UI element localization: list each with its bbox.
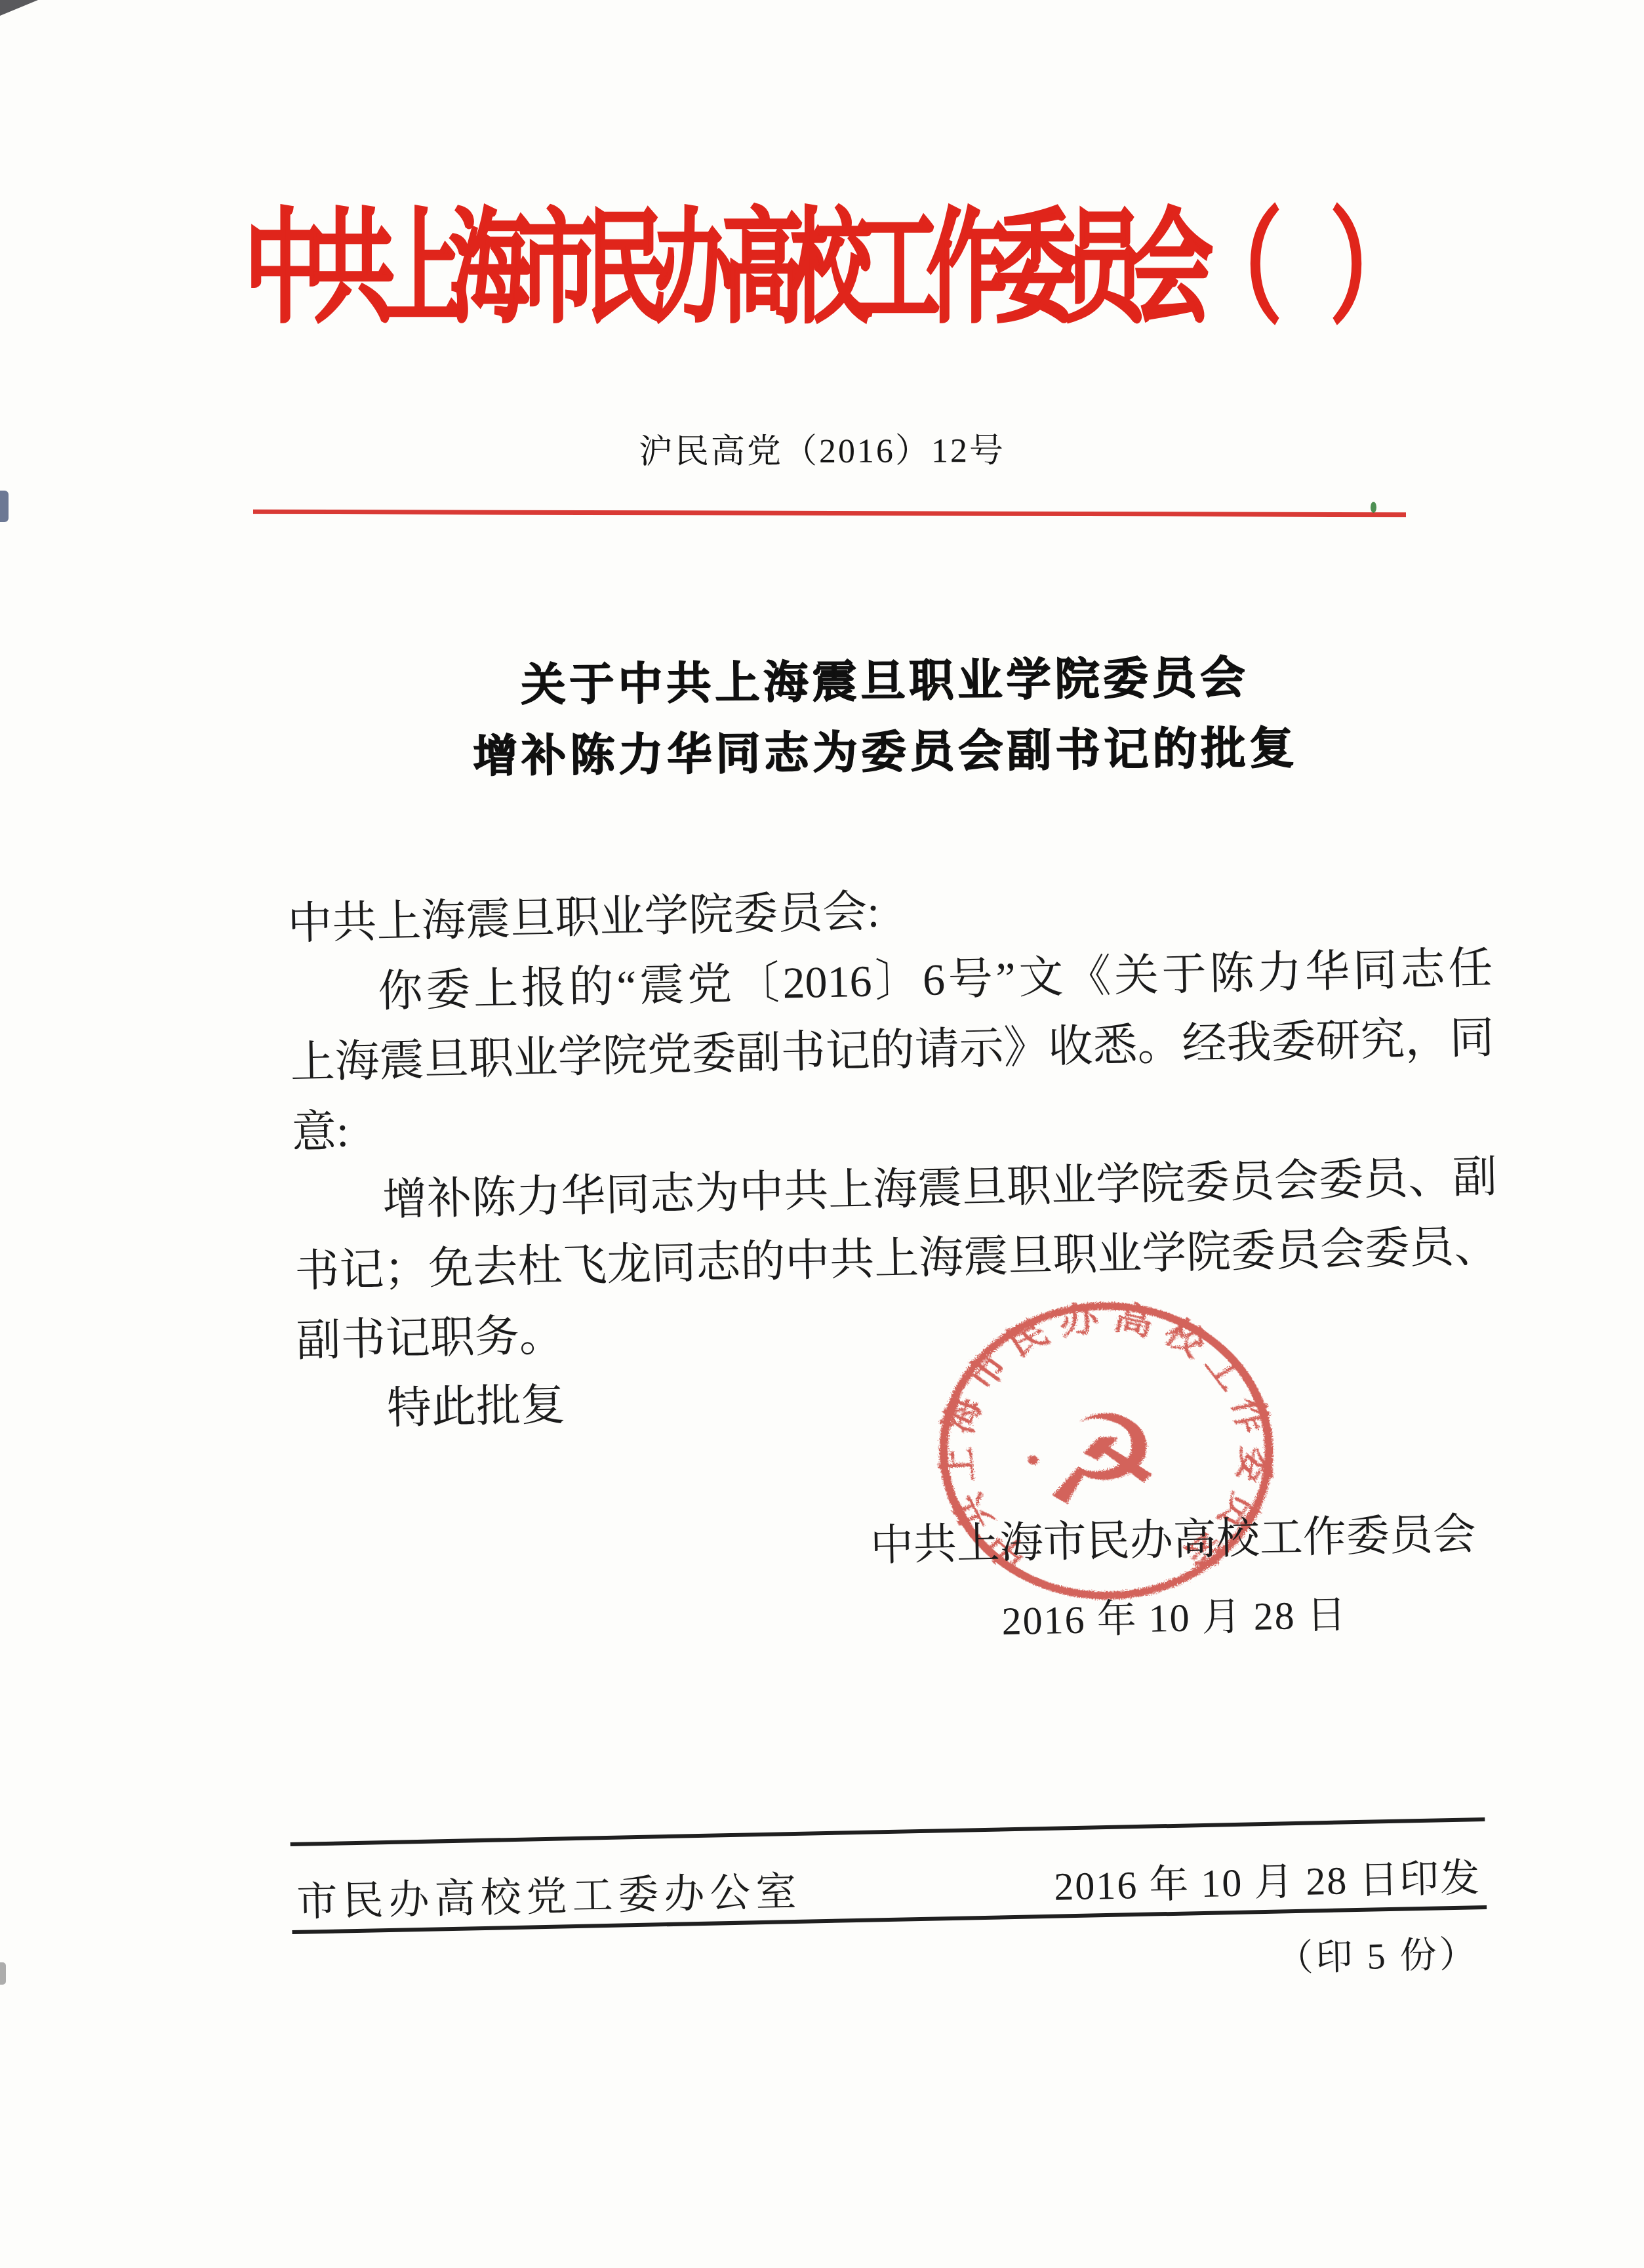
letterhead-paren-open: （ xyxy=(1199,202,1268,337)
footer-copies-count: （印 5 份） xyxy=(292,1925,1488,2002)
red-separator-rule xyxy=(253,510,1406,517)
letterhead-org-title: 中共上海市民办高校工作委员会（） xyxy=(0,209,1644,331)
signature-date: 2016 年 10 月 28 日 xyxy=(866,1590,1483,1646)
scan-artifact-edge-mark xyxy=(0,491,9,522)
seal-ink-blot xyxy=(1028,1455,1039,1465)
signature-block: 中共上海市民办高校工作委员会 2016 年 10 月 28 日 xyxy=(864,1510,1483,1646)
footer-row: 市民办高校党工委办公室 2016 年 10 月 28 日印发 xyxy=(291,1821,1487,1930)
footer-issuing-office: 市民办高校党工委办公室 xyxy=(296,1859,803,1928)
document-body: 中共上海震旦职业学院委员会: 你委上报的“震党〔2016〕6号”文《关于陈力华同… xyxy=(287,864,1502,1445)
letterhead-org-name: 中共上海市民办高校工作委员会 xyxy=(245,202,1199,337)
scan-artifact-speck xyxy=(1371,502,1376,513)
document-title-line1: 关于中共上海震旦职业学院委员会 xyxy=(275,639,1495,723)
scanned-document-page: 中共上海市民办高校工作委员会（） 沪民高党（2016）12号 关于中共上海震旦职… xyxy=(0,0,1644,2268)
letterhead-paren-close: ） xyxy=(1331,202,1399,337)
document-footer: 市民办高校党工委办公室 2016 年 10 月 28 日印发 （印 5 份） xyxy=(291,1817,1489,2002)
footer-print-date: 2016 年 10 月 28 日印发 xyxy=(1053,1846,1481,1912)
document-number: 沪民高党（2016）12号 xyxy=(0,430,1644,475)
scan-artifact-corner xyxy=(0,0,38,16)
document-title: 关于中共上海震旦职业学院委员会 增补陈力华同志为委员会副书记的批复 xyxy=(275,639,1496,794)
document-title-line2: 增补陈力华同志为委员会副书记的批复 xyxy=(275,710,1496,794)
scan-artifact-edge-mark xyxy=(0,1962,6,1985)
